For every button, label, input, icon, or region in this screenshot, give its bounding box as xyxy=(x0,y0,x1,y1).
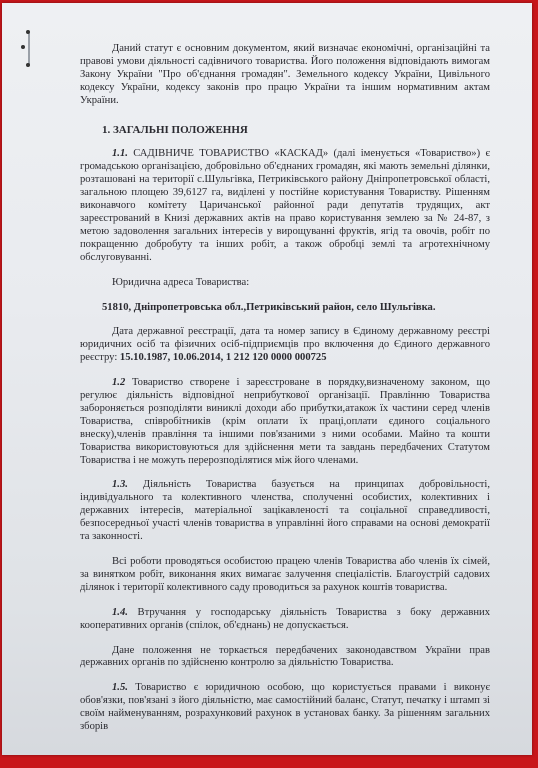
clause-text: Втручання у господарську діяльність Това… xyxy=(80,607,490,631)
binding-hole xyxy=(26,30,30,34)
clause-number: 1.1. xyxy=(112,148,128,159)
document-body: Даний статут є основним документом, який… xyxy=(80,43,490,734)
binding-hole xyxy=(21,45,25,49)
clause-text: Діяльність Товариства базується на принц… xyxy=(80,479,490,542)
clause-number: 1.4. xyxy=(112,607,128,618)
intro-paragraph: Даний статут є основним документом, який… xyxy=(80,43,490,108)
document-page: Даний статут є основним документом, який… xyxy=(2,3,532,755)
registration-paragraph: Дата державної реєстрації, дата та номер… xyxy=(80,326,490,365)
clause-number: 1.2 xyxy=(112,377,125,388)
clause-text: САДІВНИЧЕ ТОВАРИСТВО «КАСКАД» (далі імен… xyxy=(80,148,490,262)
clause-number: 1.3. xyxy=(112,479,128,490)
legal-address-label: Юридична адреса Товариства: xyxy=(80,277,490,290)
works-paragraph: Всі роботи проводяться особистою працею … xyxy=(80,556,490,595)
staple-mark xyxy=(28,33,30,65)
clause-text: Товариство створене і зареєстроване в по… xyxy=(80,377,490,465)
registration-values: 15.10.1987, 10.06.2014, 1 212 120 0000 0… xyxy=(120,352,327,363)
paragraph-1-3: 1.3. Діяльність Товариства базується на … xyxy=(80,479,490,544)
clause-text: Товариство є юридичною особою, що корист… xyxy=(80,682,490,732)
section-title: 1. ЗАГАЛЬНІ ПОЛОЖЕННЯ xyxy=(102,124,490,137)
clause-number: 1.5. xyxy=(112,682,128,693)
paragraph-1-5: 1.5. Товариство є юридичною особою, що к… xyxy=(80,682,490,734)
binding-hole xyxy=(26,63,30,67)
provision-paragraph: Дане положення не торкається передбачени… xyxy=(80,645,490,671)
paragraph-1-1: 1.1. САДІВНИЧЕ ТОВАРИСТВО «КАСКАД» (далі… xyxy=(80,148,490,264)
paragraph-1-4: 1.4. Втручання у господарську діяльність… xyxy=(80,607,490,633)
paragraph-1-2: 1.2 Товариство створене і зареєстроване … xyxy=(80,377,490,467)
legal-address: 51810, Дніпропетровська обл.,Петриківськ… xyxy=(102,302,490,315)
